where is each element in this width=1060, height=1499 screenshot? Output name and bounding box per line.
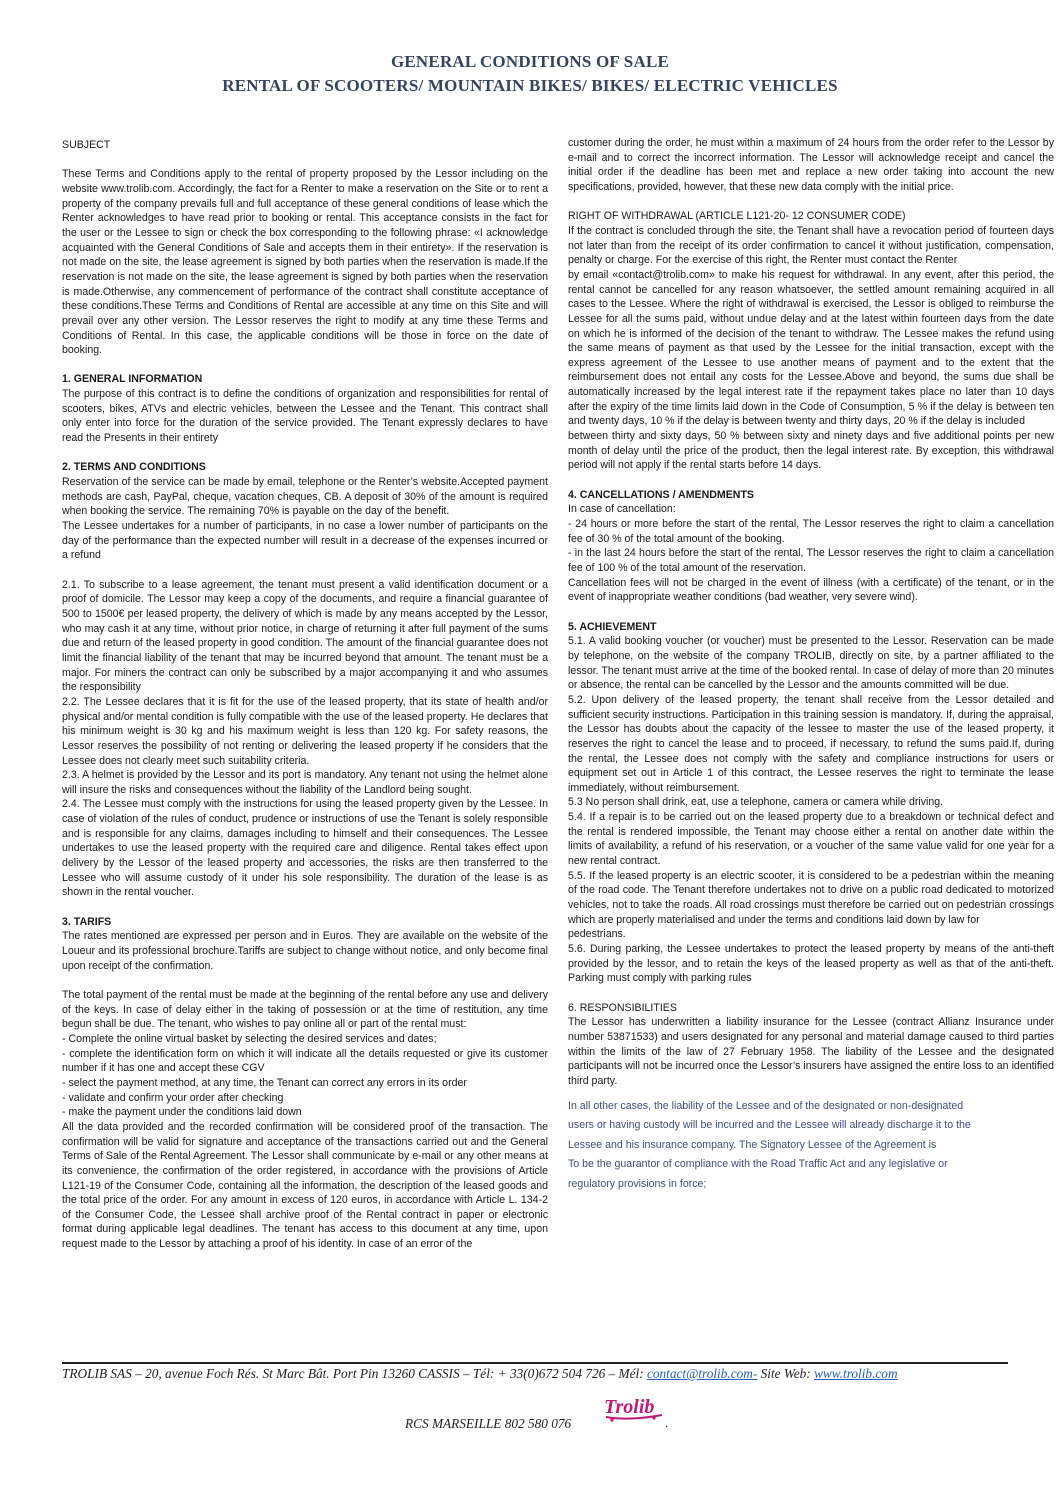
section-3-heading: 3. TARIFS bbox=[62, 915, 548, 930]
clause-5-4: 5.4. If a repair is to be carried out on… bbox=[568, 810, 1054, 869]
withdrawal-text-3: between thirty and sixty days, 50 % betw… bbox=[568, 429, 1054, 473]
svg-text:Trolib: Trolib bbox=[604, 1396, 654, 1418]
email-link[interactable]: contact@trolib.com- bbox=[647, 1366, 757, 1381]
footer-address: TROLIB SAS – 20, avenue Foch Rés. St Mar… bbox=[62, 1366, 1022, 1382]
liability-note-line: users or having custody will be incurred… bbox=[568, 1116, 1054, 1136]
right-column: customer during the order, he must withi… bbox=[568, 136, 1054, 1194]
section-2-heading: 2. TERMS AND CONDITIONS bbox=[62, 460, 548, 475]
rcs-registration: RCS MARSEILLE 802 580 076 bbox=[405, 1416, 571, 1432]
clause-5-2: 5.2. Upon delivery of the leased propert… bbox=[568, 693, 1054, 796]
trolib-logo-icon: Trolib bbox=[600, 1392, 666, 1424]
section-3-text-1: The rates mentioned are expressed per pe… bbox=[62, 929, 548, 973]
subject-text: These Terms and Conditions apply to the … bbox=[62, 167, 548, 358]
left-column: SUBJECT These Terms and Conditions apply… bbox=[62, 138, 548, 1252]
continued-text: customer during the order, he must withi… bbox=[568, 136, 1054, 195]
payment-step: - validate and confirm your order after … bbox=[62, 1091, 548, 1106]
section-4-text: Cancellation fees will not be charged in… bbox=[568, 576, 1054, 605]
section-4-intro: In case of cancellation: bbox=[568, 502, 1054, 517]
clause-2-2: 2.2. The Lessee declares that it is fit … bbox=[62, 695, 548, 768]
liability-note: In all other cases, the liability of the… bbox=[568, 1097, 1054, 1195]
clause-5-5-continued: pedestrians. bbox=[568, 927, 1054, 942]
footer-divider bbox=[62, 1362, 1008, 1364]
section-6-heading: 6. RESPONSIBILITIES bbox=[568, 1001, 1054, 1016]
section-3-text-3: All the data provided and the recorded c… bbox=[62, 1120, 548, 1252]
payment-step: - complete the identification form on wh… bbox=[62, 1047, 548, 1076]
withdrawal-text-2: by email «contact@trolib.com» to make hi… bbox=[568, 268, 1054, 429]
section-5-heading: 5. ACHIEVEMENT bbox=[568, 620, 1054, 635]
clause-2-3: 2.3. A helmet is provided by the Lessor … bbox=[62, 768, 548, 797]
liability-note-line: regulatory provisions in force; bbox=[568, 1175, 1054, 1195]
subject-heading: SUBJECT bbox=[62, 138, 548, 153]
liability-note-line: To be the guarantor of compliance with t… bbox=[568, 1155, 1054, 1175]
payment-step: - select the payment method, at any time… bbox=[62, 1076, 548, 1091]
clause-5-1: 5.1. A valid booking voucher (or voucher… bbox=[568, 634, 1054, 693]
cancellation-item: - 24 hours or more before the start of t… bbox=[568, 517, 1054, 546]
document-title: GENERAL CONDITIONS OF SALE bbox=[0, 52, 1060, 72]
clause-2-4: 2.4. The Lessee must comply with the ins… bbox=[62, 797, 548, 900]
section-2-text-2: The Lessee undertakes for a number of pa… bbox=[62, 519, 548, 563]
withdrawal-heading: RIGHT OF WITHDRAWAL (ARTICLE L121-20- 12… bbox=[568, 209, 1054, 224]
section-3-text-2: The total payment of the rental must be … bbox=[62, 988, 548, 1032]
section-2-text-1: Reservation of the service can be made b… bbox=[62, 475, 548, 519]
withdrawal-text-1: If the contract is concluded through the… bbox=[568, 224, 1054, 268]
section-6-text: The Lessor has underwritten a liability … bbox=[568, 1015, 1054, 1088]
trailing-dot: . bbox=[665, 1416, 668, 1430]
cancellation-item: - in the last 24 hours before the start … bbox=[568, 546, 1054, 575]
section-1-heading: 1. GENERAL INFORMATION bbox=[62, 372, 548, 387]
clause-5-3: 5.3 No person shall drink, eat, use a te… bbox=[568, 795, 1054, 810]
section-1-text: The purpose of this contract is to defin… bbox=[62, 387, 548, 446]
clause-5-5: 5.5. If the leased property is an electr… bbox=[568, 869, 1054, 928]
clause-2-1: 2.1. To subscribe to a lease agreement, … bbox=[62, 578, 548, 695]
section-4-heading: 4. CANCELLATIONS / AMENDMENTS bbox=[568, 488, 1054, 503]
liability-note-line: In all other cases, the liability of the… bbox=[568, 1097, 1054, 1117]
document-subtitle: RENTAL OF SCOOTERS/ MOUNTAIN BIKES/ BIKE… bbox=[0, 76, 1060, 96]
company-address: TROLIB SAS – 20, avenue Foch Rés. St Mar… bbox=[62, 1366, 647, 1381]
site-label: Site Web: bbox=[757, 1366, 814, 1381]
liability-note-line: Lessee and his insurance company. The Si… bbox=[568, 1136, 1054, 1156]
clause-5-6: 5.6. During parking, the Lessee undertak… bbox=[568, 942, 1054, 986]
payment-step: - Complete the online virtual basket by … bbox=[62, 1032, 548, 1047]
website-link[interactable]: www.trolib.com bbox=[814, 1366, 897, 1381]
payment-step: - make the payment under the conditions … bbox=[62, 1105, 548, 1120]
